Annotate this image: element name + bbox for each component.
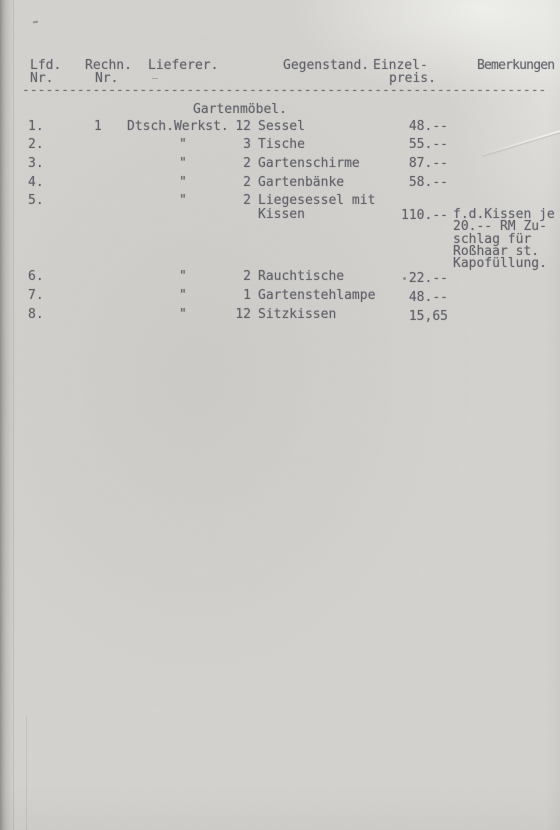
section-title: Gartenmöbel. (193, 103, 287, 116)
ink-speck (33, 21, 38, 24)
cell-price: 55.-- (390, 138, 448, 151)
column-header-gegenstand: Gegenstand. (283, 59, 369, 72)
cell-item: Sessel (258, 120, 305, 133)
cell-quantity: 12 (215, 308, 251, 321)
cell-quantity: 2 (215, 157, 251, 170)
cell-quantity: 12 (215, 120, 251, 133)
cell-price: 48.-- (390, 120, 448, 133)
dashed-rule: ----------------------------------------… (22, 84, 546, 97)
cell-lfd-nr: 6. (28, 270, 44, 283)
left-binding-crease (13, 0, 14, 830)
cell-quantity: 2 (215, 270, 251, 283)
cell-item: Tische (258, 138, 305, 151)
cell-lieferer: Dtsch.Werkst. (127, 120, 229, 133)
cell-item-line2: Kissen (258, 208, 305, 221)
cell-lieferer-ditto: " (179, 194, 187, 207)
cell-item: Rauchtische (258, 270, 344, 283)
cell-price: 58.-- (390, 176, 448, 189)
diagonal-crease (482, 128, 560, 156)
bottom-left-crease (26, 716, 27, 830)
cell-rechn-nr: 1 (94, 120, 102, 133)
cell-lfd-nr: 3. (28, 157, 44, 170)
cell-lieferer-ditto: " (179, 270, 187, 283)
cell-item: Gartenschirme (258, 157, 360, 170)
cell-remark-line: Kapofüllung. (453, 257, 547, 270)
cell-item: Sitzkissen (258, 308, 336, 321)
cell-lieferer-ditto: " (179, 289, 187, 302)
cell-lfd-nr: 5. (28, 194, 44, 207)
cell-price: 48.-- (390, 291, 448, 304)
cell-lieferer-ditto: " (179, 138, 187, 151)
cell-quantity: 2 (215, 176, 251, 189)
cell-lfd-nr: 4. (28, 176, 44, 189)
cell-lieferer-ditto: " (179, 308, 187, 321)
cell-lieferer-ditto: " (179, 157, 187, 170)
cell-price: 87.-- (390, 157, 448, 170)
cell-item-line1: Liegesessel mit (258, 194, 375, 207)
ink-speck (152, 78, 158, 79)
cell-item: Gartenbänke (258, 176, 344, 189)
cell-quantity: 3 (215, 138, 251, 151)
column-header-lieferer: Lieferer. (148, 59, 218, 72)
cell-price: 110.-- (390, 209, 448, 222)
cell-price: 22.-- (390, 272, 448, 285)
cell-lfd-nr: 8. (28, 308, 44, 321)
cell-lieferer-ditto: " (179, 176, 187, 189)
cell-quantity: 2 (215, 194, 251, 207)
cell-lfd-nr: 1. (28, 120, 44, 133)
column-header-bemerkungen: Bemerkungen (477, 59, 554, 72)
cell-quantity: 1 (215, 289, 251, 302)
scanned-document-page: Lfd. Nr. Rechn. Nr. Lieferer. Gegenstand… (0, 0, 560, 830)
cell-item: Gartenstehlampe (258, 289, 375, 302)
cell-lfd-nr: 7. (28, 289, 44, 302)
cell-price: 15,65 (390, 310, 448, 323)
cell-lfd-nr: 2. (28, 138, 44, 151)
